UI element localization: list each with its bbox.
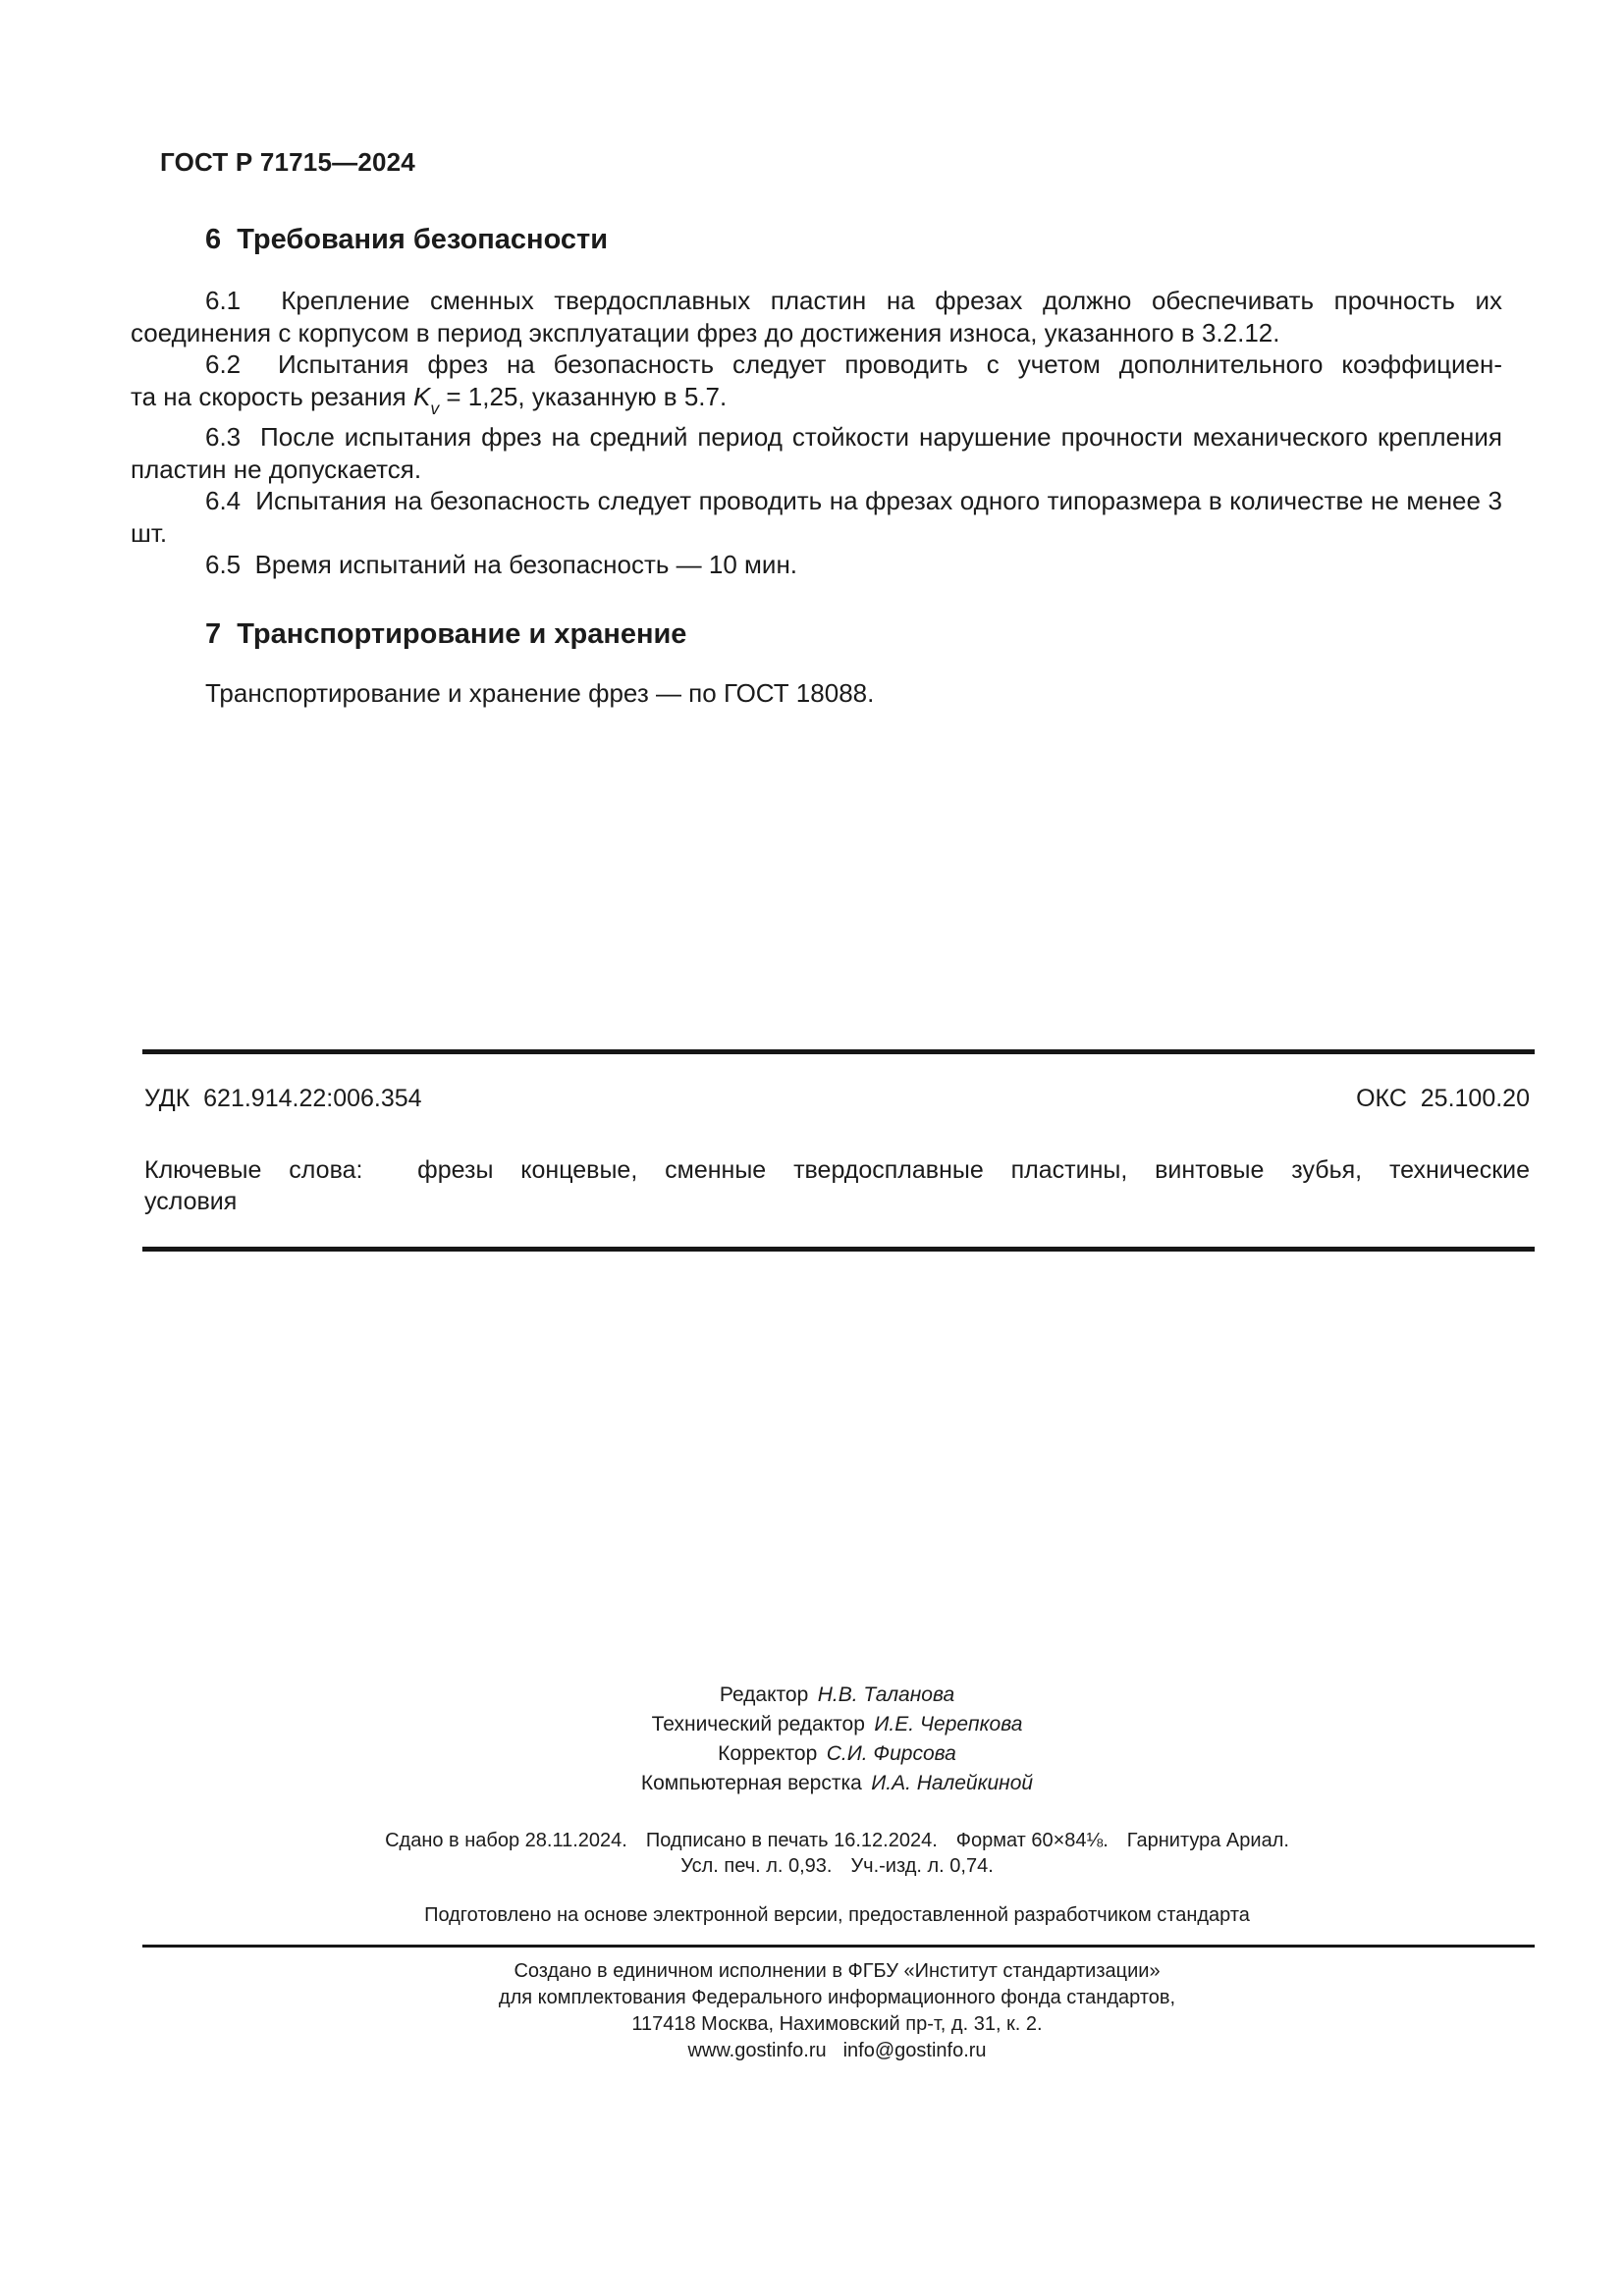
footer-line1: Создано в единичном исполнении в ФГБУ «И… bbox=[144, 1958, 1530, 1985]
running-header-doc-code: ГОСТ Р 71715—2024 bbox=[160, 147, 415, 178]
clause-6-2-line2-suffix: = 1,25, указанную в 5.7. bbox=[439, 382, 727, 411]
imprint-line2: Усл. печ. л. 0,93.Уч.-изд. л. 0,74. bbox=[144, 1853, 1530, 1879]
clause-6-2-line1: 6.2 Испытания фрез на безопасность следу… bbox=[131, 348, 1502, 381]
clause-6-1: 6.1 Крепление сменных твердосплавных пла… bbox=[131, 285, 1502, 348]
credit-row-technical-editor: Технический редакторИ.Е. Черепкова bbox=[144, 1710, 1530, 1739]
imprint-typeface: Гарнитура Ариал. bbox=[1127, 1830, 1289, 1851]
credit-role: Компьютерная верстка bbox=[641, 1772, 862, 1794]
footer-website: www.gostinfo.ru bbox=[687, 2040, 826, 2061]
oks-code: ОКС 25.100.20 bbox=[1356, 1084, 1530, 1113]
clause-6-5: 6.5 Время испытаний на безопасность — 10… bbox=[131, 549, 1502, 581]
keywords-line2: условия bbox=[144, 1186, 1530, 1217]
credit-row-corrector: КорректорС.И. Фирсова bbox=[144, 1739, 1530, 1769]
credit-name: И.Е. Черепкова bbox=[874, 1713, 1022, 1735]
clause-6-2-line2-prefix: та на скорость резания bbox=[131, 382, 413, 411]
classification-codes-row: УДК 621.914.22:006.354 ОКС 25.100.20 bbox=[144, 1084, 1530, 1113]
credit-role: Редактор bbox=[720, 1683, 808, 1706]
section-6-body: 6.1 Крепление сменных твердосплавных пла… bbox=[131, 285, 1502, 581]
clause-6-2: 6.2 Испытания фрез на безопасность следу… bbox=[131, 348, 1502, 421]
credit-role: Технический редактор bbox=[652, 1713, 865, 1735]
formula-coefficient-k: K bbox=[413, 382, 430, 411]
footer-line2: для комплектования Федерального информац… bbox=[144, 1985, 1530, 2011]
imprint-print-date: Подписано в печать 16.12.2024. bbox=[646, 1830, 938, 1851]
footer-email: info@gostinfo.ru bbox=[843, 2040, 987, 2061]
clause-6-2-line2: та на скорость резания Kv = 1,25, указан… bbox=[131, 381, 1502, 422]
document-page: ГОСТ Р 71715—2024 6 Требования безопасно… bbox=[0, 0, 1624, 2296]
imprint-typeset-date: Сдано в набор 28.11.2024. bbox=[385, 1830, 627, 1851]
clause-6-4: 6.4 Испытания на безопасность следует пр… bbox=[131, 485, 1502, 549]
imprint-printed-sheets: Усл. печ. л. 0,93. bbox=[680, 1855, 832, 1877]
section-6-title: 6 Требования безопасности bbox=[131, 224, 1502, 256]
credit-name: С.И. Фирсова bbox=[827, 1742, 956, 1765]
prepared-note: Подготовлено на основе электронной верси… bbox=[144, 1902, 1530, 1928]
section-7-title: 7 Транспортирование и хранение bbox=[131, 618, 1502, 651]
footer-address: 117418 Москва, Нахимовский пр-т, д. 31, … bbox=[144, 2011, 1530, 2038]
credit-role: Корректор bbox=[718, 1742, 817, 1765]
imprint-format: Формат 60×84⅛. bbox=[956, 1830, 1109, 1851]
clause-7-1: Транспортирование и хранение фрез — по Г… bbox=[131, 677, 1502, 710]
credit-row-layout: Компьютерная версткаИ.А. Налейкиной bbox=[144, 1769, 1530, 1798]
udk-code: УДК 621.914.22:006.354 bbox=[144, 1084, 422, 1113]
clause-6-3: 6.3 После испытания фрез на средний пери… bbox=[131, 421, 1502, 485]
horizontal-rule-top bbox=[142, 1049, 1535, 1054]
credit-name: И.А. Налейкиной bbox=[871, 1772, 1033, 1794]
imprint-line1: Сдано в набор 28.11.2024.Подписано в печ… bbox=[144, 1828, 1530, 1853]
keywords-paragraph: Ключевые слова: фрезы концевые, сменные … bbox=[144, 1154, 1530, 1217]
keywords-line1: Ключевые слова: фрезы концевые, сменные … bbox=[144, 1154, 1530, 1186]
credit-row-editor: РедакторН.В. Таланова bbox=[144, 1681, 1530, 1710]
horizontal-rule-footer bbox=[142, 1945, 1535, 1948]
horizontal-rule-middle bbox=[142, 1247, 1535, 1252]
imprint-publisher-sheets: Уч.-изд. л. 0,74. bbox=[850, 1855, 993, 1877]
imprint-block: Сдано в набор 28.11.2024.Подписано в печ… bbox=[144, 1828, 1530, 1879]
footer-contacts: www.gostinfo.ruinfo@gostinfo.ru bbox=[144, 2038, 1530, 2064]
formula-coefficient-subscript: v bbox=[430, 399, 439, 418]
credit-name: Н.В. Таланова bbox=[818, 1683, 954, 1706]
credits-block: РедакторН.В. Таланова Технический редакт… bbox=[144, 1681, 1530, 1798]
publisher-footer: Создано в единичном исполнении в ФГБУ «И… bbox=[144, 1958, 1530, 2064]
